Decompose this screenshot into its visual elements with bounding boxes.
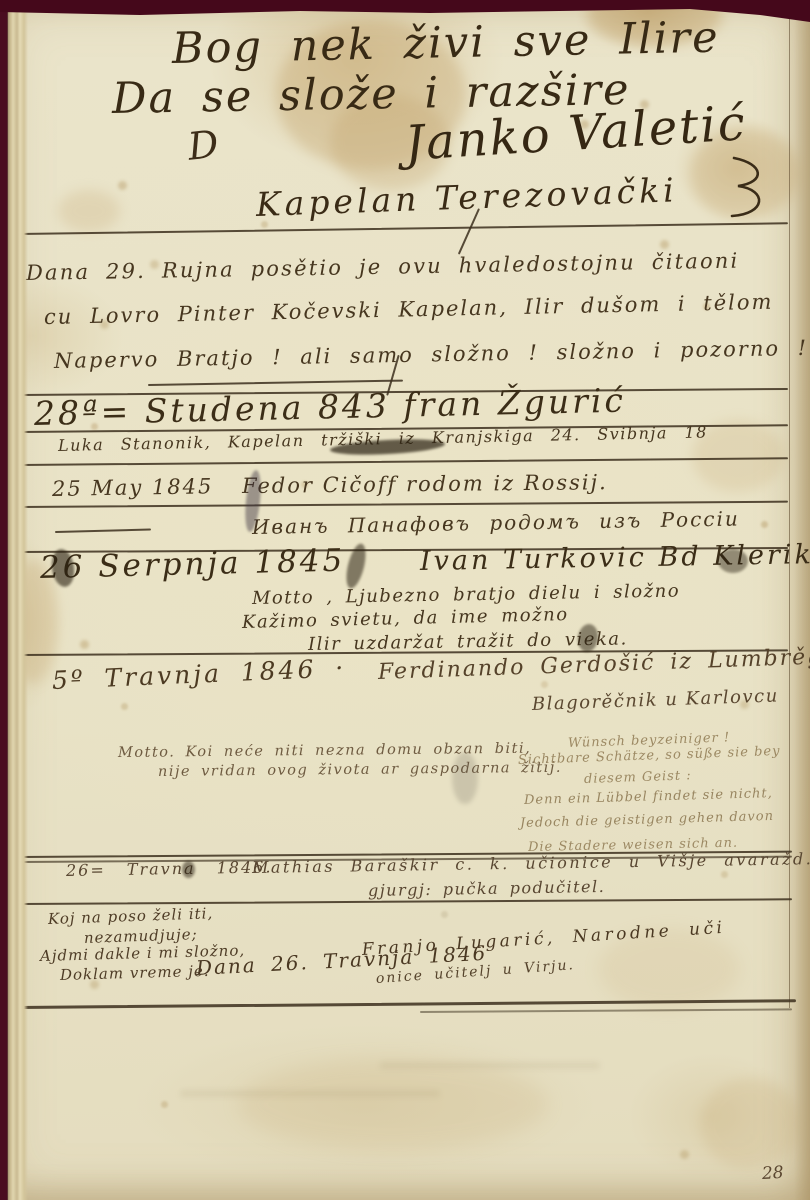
book-page-stack-edge (0, 0, 28, 1200)
entry-fedor-name: Fedor Cičoff rodom iz Rossij. (242, 472, 608, 497)
entry-turkovic-date: 26 Serpnja 1845 (40, 546, 346, 584)
page-number: 28 (762, 1165, 785, 1183)
entry-turkovic-name: Ivan Turkovic Bd Klerik (420, 541, 810, 575)
page-motto-line1: Bog nek živi sve Ilire (172, 17, 720, 71)
ink-blot (718, 549, 748, 573)
german-verse-line3: diesem Geist : (584, 769, 692, 786)
ink-blot (182, 861, 195, 878)
entry-mathias-line2: gjurgj: pučka podučitel. (368, 879, 606, 899)
ink-smudge (452, 752, 478, 804)
paper-stain (700, 1078, 800, 1170)
guestbook-page-scan: Bog nek živi sve Ilire Da se slože i raz… (0, 0, 810, 1200)
entry-fedor-date: 25 May 1845 (52, 476, 214, 500)
ink-show-through (180, 1090, 440, 1097)
entry-mathias-date: 26= Travna 1846. (66, 859, 273, 879)
paper-stain (58, 190, 120, 232)
paper-stain (238, 1058, 548, 1150)
pen-flourish-icon (722, 152, 774, 224)
entry-lugaric-verse4: Doklam vreme je. (60, 964, 210, 983)
ink-show-through (380, 1062, 600, 1069)
flourish-initial: D (186, 125, 220, 166)
